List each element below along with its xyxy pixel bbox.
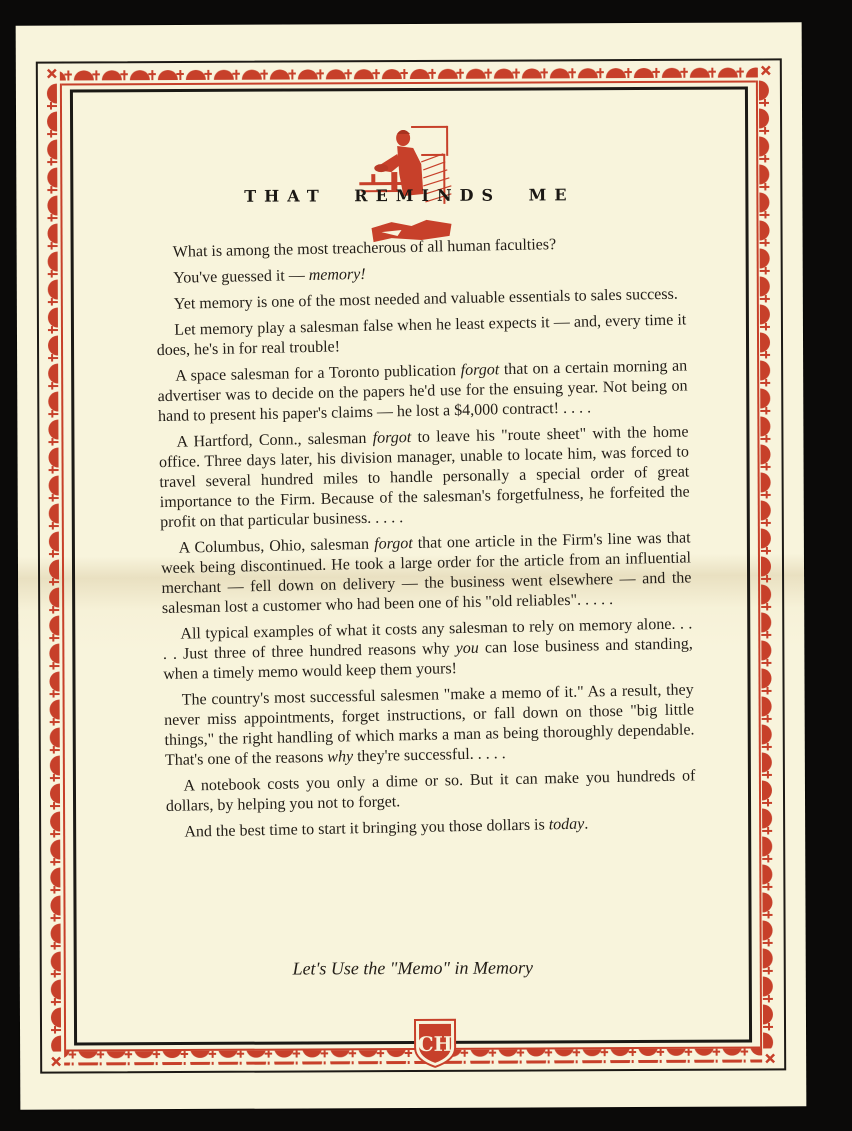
paragraph: And the best time to start it bringing y…: [166, 812, 696, 843]
letter-page: THAT REMINDS ME What is among the most t…: [16, 22, 807, 1109]
logo-text: CH: [418, 1032, 453, 1056]
page-title: THAT REMINDS ME: [16, 184, 802, 206]
emphasis-text: forgot: [373, 429, 412, 447]
emphasis-text: forgot: [461, 361, 500, 379]
header: THAT REMINDS ME: [16, 122, 803, 255]
paragraph: A space salesman for a Toronto publicati…: [157, 356, 688, 427]
paragraph: Let memory play a salesman false when he…: [156, 310, 687, 361]
letter-body: What is among the most treacherous of al…: [155, 232, 697, 849]
closing-slogan: Let's Use the "Memo" in Memory: [20, 956, 806, 980]
emphasis-text: memory!: [309, 266, 366, 284]
paragraph: The country's most successful salesmen "…: [164, 680, 695, 771]
paragraph: All typical examples of what it costs an…: [162, 614, 693, 685]
paragraph: You've guessed it — memory!: [155, 258, 685, 289]
paragraph: Yet memory is one of the most needed and…: [156, 284, 686, 315]
emphasis-text: today: [549, 816, 585, 834]
paragraph: A Hartford, Conn., salesman forgot to le…: [158, 422, 690, 533]
paragraph: A notebook costs you only a dime or so. …: [165, 766, 696, 817]
emphasis-text: you: [456, 640, 479, 657]
emphasis-text: why: [327, 748, 353, 766]
ch-shield-logo-icon: CH: [413, 1018, 457, 1068]
paragraph: A Columbus, Ohio, salesman forgot that o…: [161, 528, 692, 619]
emphasis-text: forgot: [374, 535, 413, 553]
